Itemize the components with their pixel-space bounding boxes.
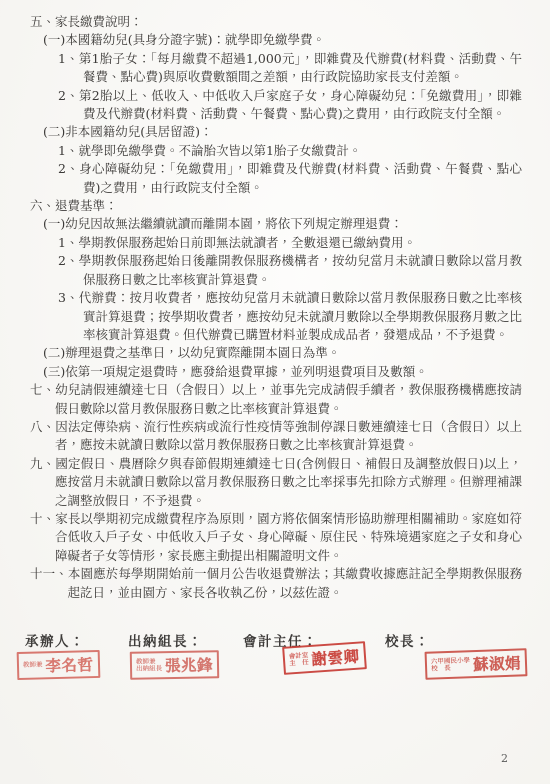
signature-block: 承辦人：教師兼李名哲 — [25, 630, 85, 650]
stamp-name: 謝雲卿 — [311, 645, 360, 670]
paragraph: 2、第2胎以上、低收入、中低收入戶家庭子女，身心障礙幼兒：「免繳費用」，即雜費及… — [58, 87, 522, 124]
paragraph: 七、幼兒請假連續達七日（含假日）以上，並事先完成請假手續者，教保服務機構應按請假… — [30, 381, 522, 418]
signature-row: 承辦人：教師兼李名哲出納組長：教師兼出納組長張兆鋒會計主任：會計室主 任謝雲卿校… — [0, 630, 550, 720]
paragraph: 五、家長繳費說明： — [30, 13, 522, 31]
paragraph: 十、家長以學期初完成繳費程序為原則，園方將依個案情形協助辦理相關補助。家庭如符合… — [30, 510, 522, 565]
paragraph: 1、學期教保服務起始日前即無法就讀者，全數退還已繳納費用。 — [58, 234, 522, 252]
paragraph: 2、身心障礙幼兒：「免繳費用」，即雜費及代辦費(材料費、活動費、午餐費、點心費)… — [58, 160, 522, 197]
paragraph: 十一、本園應於每學期開始前一個月公告收退費辦法；其繳費收據應註記全學期教保服務起… — [30, 565, 522, 602]
stamp-name: 張兆鋒 — [165, 653, 213, 676]
paragraph: 九、國定假日、農曆除夕與春節假期連續達七日(含例假日、補假日及調整放假日)以上，… — [30, 455, 522, 510]
stamp-title: 教師兼 — [23, 662, 43, 670]
signature-block: 出納組長：教師兼出納組長張兆鋒 — [128, 630, 203, 650]
signature-block: 會計主任：會計室主 任謝雲卿 — [243, 630, 318, 650]
stamp-seal: 會計室主 任謝雲卿 — [282, 641, 366, 675]
document-body: 五、家長繳費說明：(一)本國籍幼兒(具身分證字號)：就學即免繳學費。1、第1胎子… — [30, 13, 522, 602]
paragraph: 1、就學即免繳學費。不論胎次皆以第1胎子女繳費計。 — [58, 142, 522, 160]
paragraph: (一)本國籍幼兒(具身分證字號)：就學即免繳學費。 — [43, 31, 522, 49]
signature-label: 校長： — [385, 634, 430, 650]
paragraph: (二)非本國籍幼兒(具居留證)： — [43, 123, 522, 141]
stamp-title: 教師兼出納組長 — [136, 658, 162, 673]
signature-label: 出納組長： — [128, 634, 203, 650]
stamp-name: 李名哲 — [45, 653, 94, 676]
paragraph: 1、第1胎子女：「每月繳費不超過1,000元」，即雜費及代辦費(材料費、活動費、… — [58, 50, 522, 87]
document-page: 五、家長繳費說明：(一)本國籍幼兒(具身分證字號)：就學即免繳學費。1、第1胎子… — [0, 0, 550, 784]
stamp-seal: 教師兼李名哲 — [17, 650, 100, 680]
paragraph: 六、退費基準： — [30, 197, 522, 215]
paragraph: (一)幼兒因故無法繼續就讀而離開本園，將依下列規定辦理退費： — [43, 215, 522, 233]
stamp-seal: 六甲國民小學校 長蘇淑娟 — [425, 648, 528, 680]
paragraph: (三)依第一項規定退費時，應發給退費單據，並列明退費項目及數額。 — [43, 363, 522, 381]
stamp-seal: 教師兼出納組長張兆鋒 — [130, 650, 219, 680]
stamp-title: 六甲國民小學校 長 — [431, 657, 470, 673]
paragraph: 八、因法定傳染病、流行性疾病或流行性疫情等強制停課日數連續達七日（含假日）以上者… — [30, 418, 522, 455]
signature-label: 承辦人： — [25, 634, 85, 650]
paragraph: (二)辦理退費之基準日，以幼兒實際離開本園日為準。 — [43, 344, 522, 362]
page-number: 2 — [501, 752, 508, 765]
paragraph: 2、學期教保服務起始日後離開教保服務機構者，按幼兒當月未就讀日數除以當月教保服務… — [58, 252, 522, 289]
paragraph: 3、代辦費：按月收費者，應按幼兒當月未就讀日數除以當月教保服務日數之比率核實計算… — [58, 289, 522, 344]
stamp-title: 會計室主 任 — [289, 652, 309, 668]
signature-block: 校長：六甲國民小學校 長蘇淑娟 — [385, 630, 430, 650]
stamp-name: 蘇淑娟 — [473, 651, 522, 675]
